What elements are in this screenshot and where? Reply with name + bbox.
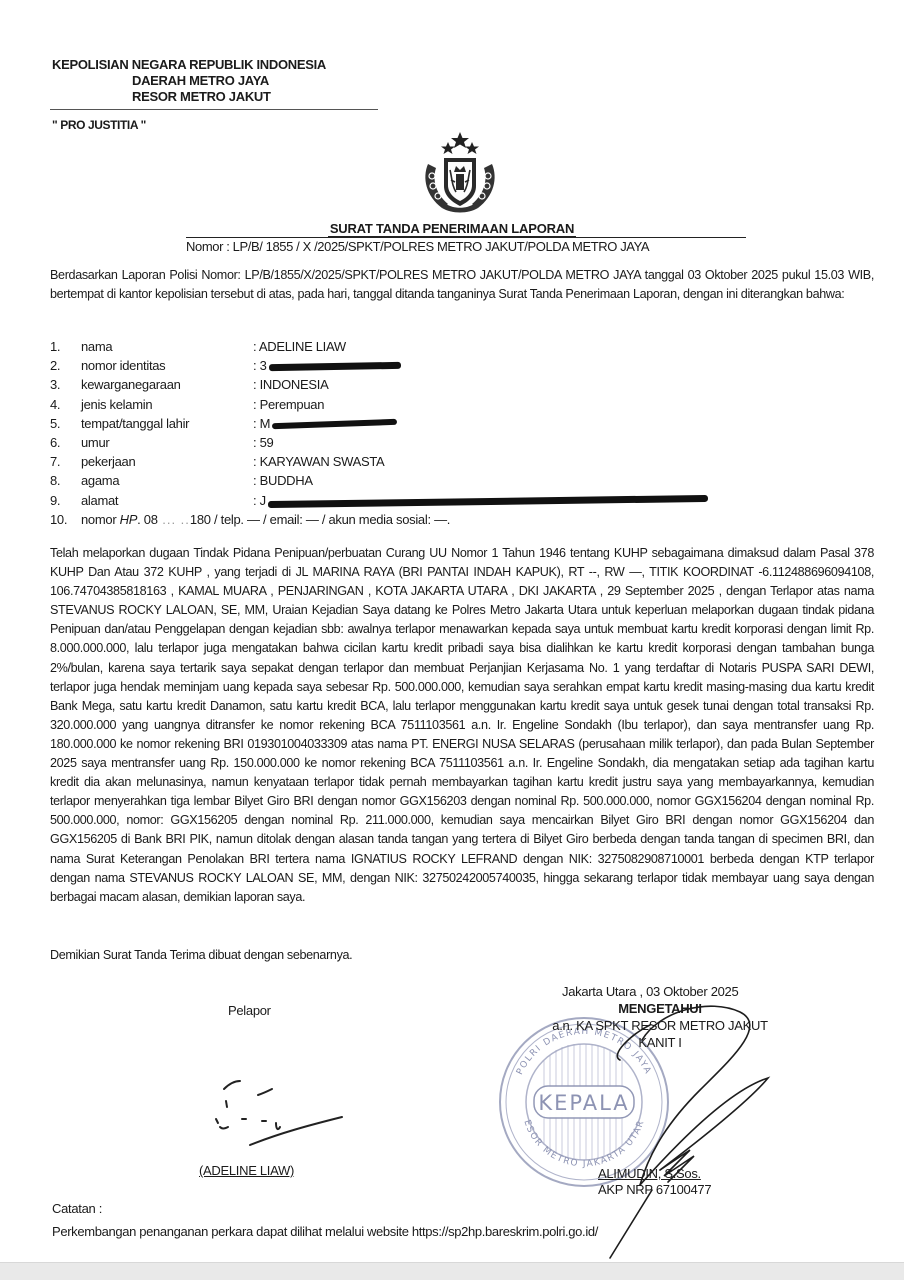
- document-title: SURAT TANDA PENERIMAAN LAPORAN: [0, 221, 904, 236]
- identity-row-value: : Perempuan: [253, 395, 750, 414]
- identity-row-value: : ADELINE LIAW: [253, 337, 750, 356]
- intro-paragraph: Berdasarkan Laporan Polisi Nomor: LP/B/1…: [50, 266, 874, 304]
- identity-row-label: tempat/tanggal lahir: [81, 414, 253, 433]
- reporter-identity-list: 1.nama: ADELINE LIAW2.nomor identitas: 3…: [50, 337, 750, 529]
- letterhead: KEPOLISIAN NEGARA REPUBLIK INDONESIA DAE…: [52, 57, 378, 105]
- identity-value-text: : M: [253, 416, 270, 431]
- identity-value-text: : J: [253, 493, 266, 508]
- identity-row: 3.kewarganegaraan: INDONESIA: [50, 375, 750, 394]
- identity-value-text: : INDONESIA: [253, 377, 328, 392]
- identity-row: 4.jenis kelamin: Perempuan: [50, 395, 750, 414]
- identity-value-text: : 59: [253, 435, 273, 450]
- identity-row-value: : 59: [253, 433, 750, 452]
- identity-row-value: : 3: [253, 356, 750, 375]
- letterhead-line-3: RESOR METRO JAKUT: [52, 89, 378, 105]
- identity-row-label: jenis kelamin: [81, 395, 253, 414]
- identity-row-number: 4.: [50, 395, 81, 414]
- identity-row: 1.nama: ADELINE LIAW: [50, 337, 750, 356]
- note-sentence: Perkembangan penanganan perkara dapat di…: [52, 1224, 412, 1239]
- identity-value-text: : BUDDHA: [253, 473, 313, 488]
- identity-row-value: : INDONESIA: [253, 375, 750, 394]
- identity-row-number: 7.: [50, 452, 81, 471]
- identity-row: 5.tempat/tanggal lahir: M: [50, 414, 750, 433]
- identity-row: 9.alamat: J: [50, 491, 750, 510]
- identity-row-value: : M: [253, 414, 750, 433]
- reporter-name: (ADELINE LIAW): [199, 1163, 294, 1178]
- identity-row-number: 10.: [50, 510, 81, 529]
- redaction-mark: [268, 494, 708, 507]
- contact-phone-redacted: ... ..: [158, 512, 190, 527]
- identity-value-text: : 3: [253, 358, 267, 373]
- identity-row: 8.agama: BUDDHA: [50, 471, 750, 490]
- identity-row-label: pekerjaan: [81, 452, 253, 471]
- redaction-mark: [269, 362, 401, 371]
- identity-row-value: : BUDDHA: [253, 471, 750, 490]
- officer-signature-icon: [590, 1000, 790, 1260]
- pro-justitia-label: " PRO JUSTITIA ": [52, 118, 146, 132]
- identity-row-label: alamat: [81, 491, 253, 510]
- document-number: Nomor : LP/B/ 1855 / X /2025/SPKT/POLRES…: [186, 237, 746, 254]
- identity-value-text: : ADELINE LIAW: [253, 339, 346, 354]
- identity-value-text: : Perempuan: [253, 397, 324, 412]
- document-page: KEPOLISIAN NEGARA REPUBLIK INDONESIA DAE…: [0, 0, 904, 1262]
- identity-value-text: : KARYAWAN SWASTA: [253, 454, 384, 469]
- document-title-text: SURAT TANDA PENERIMAAN LAPORAN: [328, 221, 576, 237]
- contact-rest: 180 / telp. — / email: — / akun media so…: [190, 512, 450, 527]
- identity-row: 2.nomor identitas: 3: [50, 356, 750, 375]
- identity-row-label: umur: [81, 433, 253, 452]
- identity-row-label: kewarganegaraan: [81, 375, 253, 394]
- identity-row: 6.umur: 59: [50, 433, 750, 452]
- polri-emblem-icon: [412, 130, 508, 216]
- identity-row-value: : J: [253, 491, 750, 510]
- identity-row-number: 2.: [50, 356, 81, 375]
- reporter-signature-icon: [210, 1075, 350, 1155]
- letterhead-divider: [50, 109, 378, 110]
- note-label: Catatan :: [52, 1201, 102, 1216]
- sp2hp-website-link[interactable]: https://sp2hp.bareskrim.polri.go.id/: [412, 1224, 598, 1239]
- contact-line: nomor HP. 08 ... ..180 / telp. — / email…: [81, 510, 450, 529]
- identity-row-label: nomor identitas: [81, 356, 253, 375]
- identity-row: 7.pekerjaan: KARYAWAN SWASTA: [50, 452, 750, 471]
- redaction-mark: [272, 419, 397, 429]
- letterhead-line-1: KEPOLISIAN NEGARA REPUBLIK INDONESIA: [52, 57, 378, 73]
- place-and-date: Jakarta Utara , 03 Oktober 2025: [562, 984, 738, 999]
- contact-prefix: nomor: [81, 512, 120, 527]
- identity-row-label: nama: [81, 337, 253, 356]
- page-bottom-edge: [0, 1262, 904, 1280]
- letterhead-line-2: DAERAH METRO JAYA: [52, 73, 378, 89]
- contact-hp-label: HP: [120, 512, 137, 527]
- report-body-paragraph: Telah melaporkan dugaan Tindak Pidana Pe…: [50, 544, 874, 907]
- identity-row-number: 9.: [50, 491, 81, 510]
- closing-statement: Demikian Surat Tanda Terima dibuat denga…: [50, 946, 874, 965]
- identity-row-number: 5.: [50, 414, 81, 433]
- identity-row-number: 8.: [50, 471, 81, 490]
- identity-row: 10.nomor HP. 08 ... ..180 / telp. — / em…: [50, 510, 750, 529]
- identity-row-number: 1.: [50, 337, 81, 356]
- note-text: Perkembangan penanganan perkara dapat di…: [52, 1224, 598, 1239]
- identity-row-label: agama: [81, 471, 253, 490]
- identity-row-number: 6.: [50, 433, 81, 452]
- identity-row-value: : KARYAWAN SWASTA: [253, 452, 750, 471]
- reporter-label: Pelapor: [228, 1003, 271, 1018]
- contact-phone-partial: . 08: [137, 512, 157, 527]
- identity-row-number: 3.: [50, 375, 81, 394]
